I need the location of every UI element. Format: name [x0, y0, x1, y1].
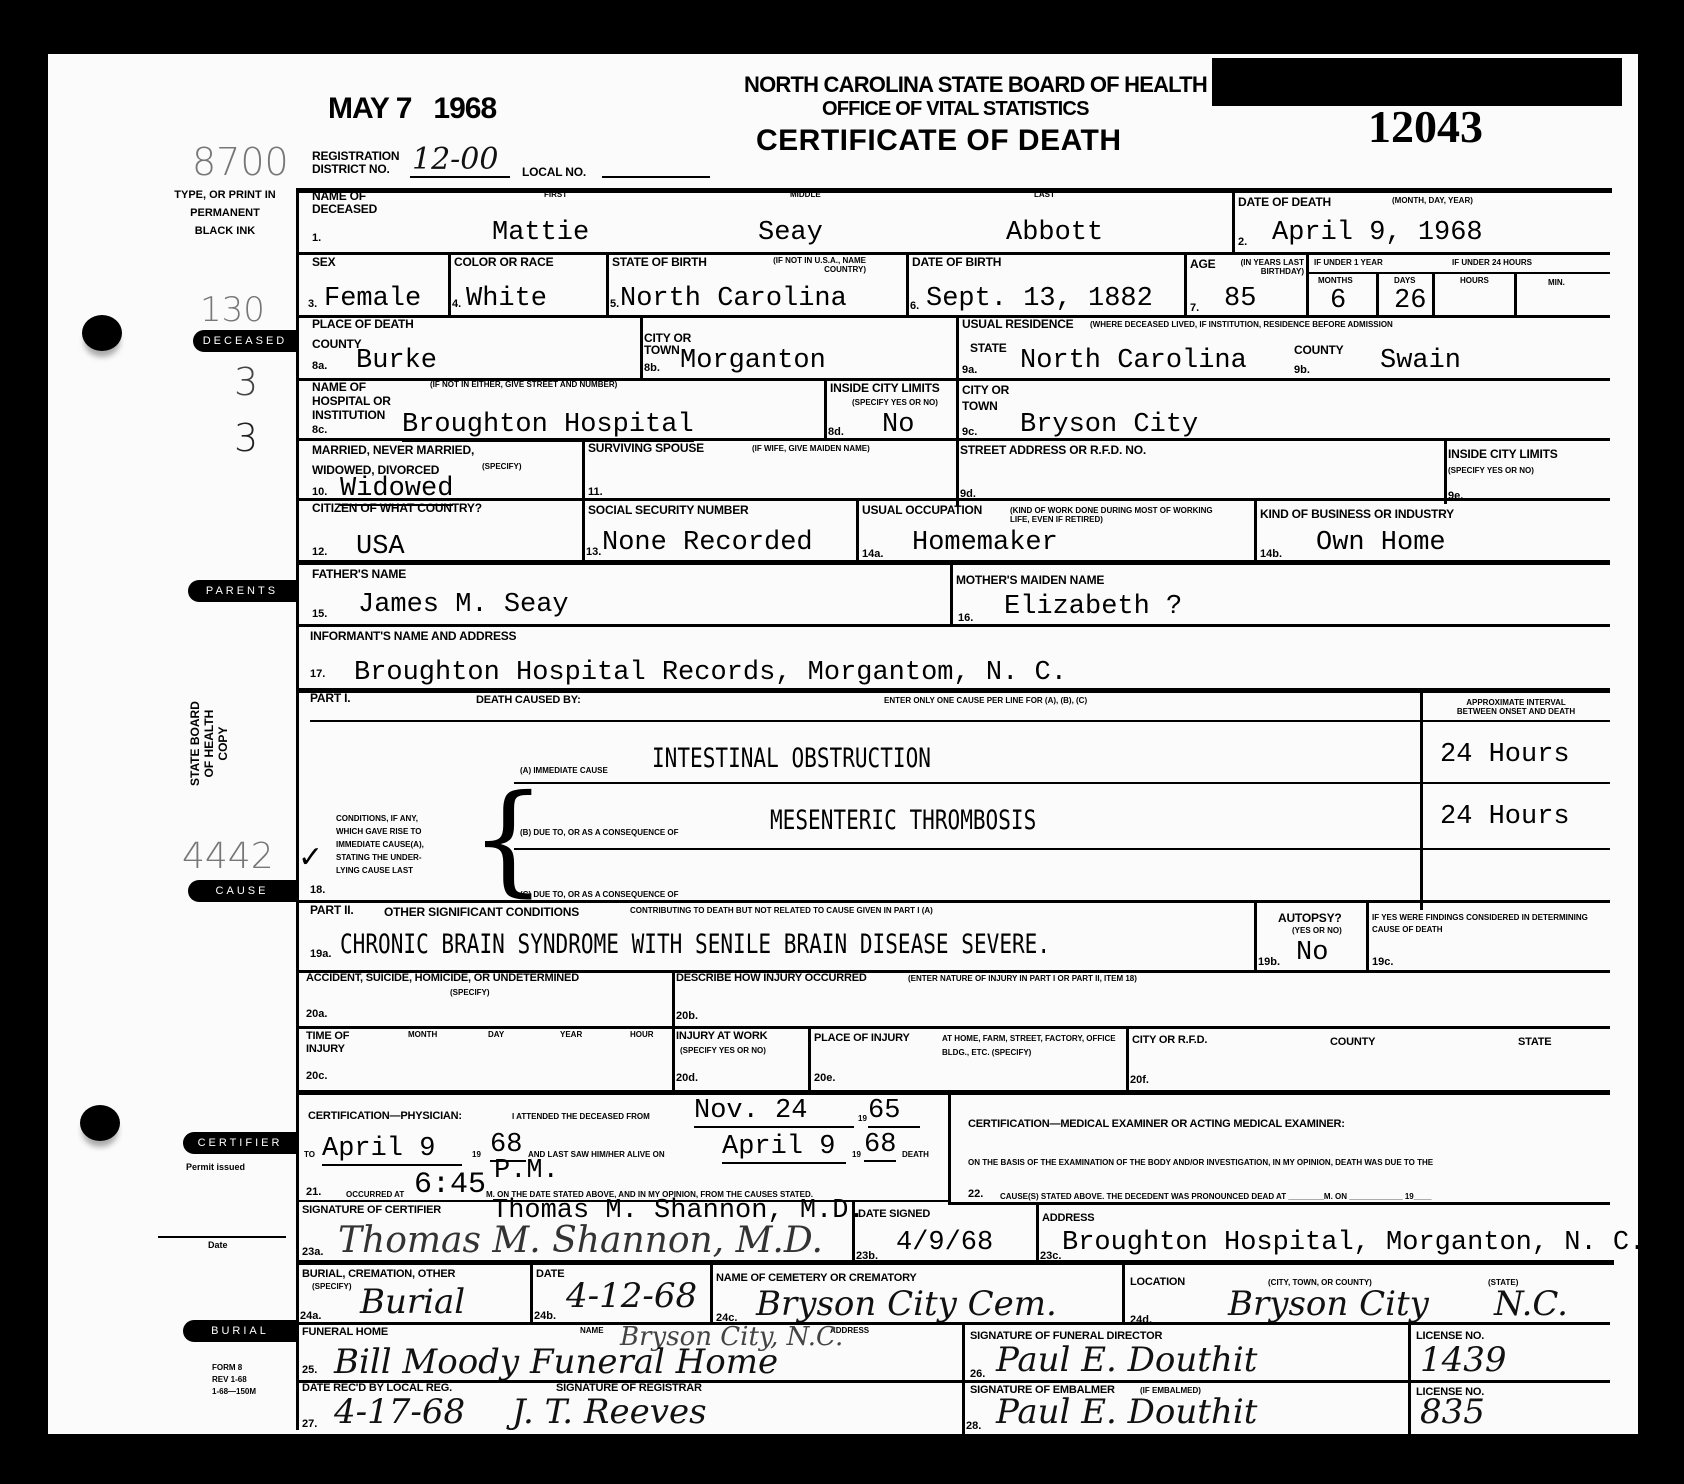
item-24a: 24a.	[300, 1310, 321, 1322]
inside-limits-hint: (SPECIFY YES OR NO)	[852, 398, 938, 407]
local-no-field[interactable]	[602, 176, 710, 178]
divider	[1122, 1262, 1125, 1322]
disposition-label: BURIAL, CREMATION, OTHER	[302, 1268, 455, 1281]
row-line	[296, 1322, 1610, 1325]
birth-state-label: STATE OF BIRTH	[612, 256, 707, 269]
item-14b: 14b.	[1260, 548, 1282, 560]
item-27: 27.	[302, 1418, 317, 1430]
birth-state-hint: (IF NOT IN U.S.A., NAME COUNTRY)	[736, 256, 866, 274]
director-signature[interactable]: Paul E. Douthit	[996, 1340, 1257, 1380]
row-line	[310, 720, 1610, 722]
year-prefix: 19	[472, 1150, 481, 1159]
form-info: FORM 8REV 1-681-68—150M	[212, 1362, 256, 1398]
item-2: 2.	[1238, 236, 1247, 248]
item-19b: 19b.	[1258, 956, 1280, 968]
other-conditions-label: OTHER SIGNIFICANT CONDITIONS	[384, 906, 579, 919]
agency-line-1: NORTH CAROLINA STATE BOARD OF HEALTH	[744, 72, 1207, 98]
item-19c: 19c.	[1372, 956, 1393, 968]
name-label: NAME OFDECEASED	[312, 190, 377, 216]
interval-a[interactable]: 24 Hours	[1440, 740, 1570, 770]
divider	[950, 562, 953, 624]
occupation[interactable]: Homemaker	[912, 528, 1058, 558]
row-line	[582, 498, 1610, 501]
item-17: 17.	[310, 668, 325, 680]
row-line	[296, 438, 1610, 441]
age-hint: (IN YEARS LAST BIRTHDAY)	[1220, 258, 1304, 276]
injury-hour-label: HOUR	[630, 1030, 654, 1039]
cause-c-prefix: (c) DUE TO, OR AS A CONSEQUENCE OF	[520, 890, 679, 899]
row-line	[1306, 272, 1610, 274]
divider	[824, 378, 827, 438]
divider	[856, 498, 859, 560]
part1-label: PART I.	[310, 692, 350, 705]
item-20f: 20f.	[1130, 1074, 1149, 1086]
item-14a: 14a.	[862, 548, 883, 560]
divider	[1306, 252, 1309, 316]
embalmer-signature[interactable]: Paul E. Douthit	[996, 1392, 1257, 1432]
time-of-injury-label: TIME OFINJURY	[306, 1030, 349, 1056]
item-4: 4.	[452, 298, 461, 310]
item-15: 15.	[312, 608, 327, 620]
divider	[906, 252, 909, 316]
brace-icon: {	[470, 780, 546, 900]
death-city[interactable]: Morganton	[680, 346, 826, 376]
res-inside-limits-hint: (SPECIFY YES OR NO)	[1448, 466, 1534, 475]
pencil-code-top: 8700	[192, 140, 289, 184]
res-city[interactable]: Bryson City	[1020, 410, 1198, 440]
permit-issued-label: Permit issued	[186, 1162, 245, 1172]
frame-top	[296, 188, 1612, 193]
marital-hint: (SPECIFY)	[482, 462, 522, 471]
death-caused-by-label: DEATH CAUSED BY:	[476, 694, 581, 707]
redaction-bar	[1212, 58, 1622, 106]
item-10: 10.	[312, 486, 327, 498]
pencil-mark-1: 3	[234, 360, 258, 404]
item-11: 11.	[588, 486, 603, 498]
cause-a[interactable]: INTESTINAL OBSTRUCTION	[652, 744, 931, 774]
item-9a: 9a.	[962, 364, 977, 376]
occupation-label: USUAL OCCUPATION	[862, 504, 982, 517]
tab-cause[interactable]: CAUSE	[188, 880, 296, 902]
last-name[interactable]: Abbott	[1006, 218, 1103, 248]
local-no-label: LOCAL NO.	[522, 166, 586, 179]
item-9c: 9c.	[962, 426, 977, 438]
res-state-label: STATE	[970, 342, 1007, 355]
me-cert-label: CERTIFICATION—MEDICAL EXAMINER OR ACTING…	[968, 1118, 1345, 1131]
part2-label: PART II.	[310, 904, 354, 917]
res-county[interactable]: Swain	[1380, 346, 1461, 376]
me-text-1: ON THE BASIS OF THE EXAMINATION OF THE B…	[968, 1158, 1433, 1167]
year-prefix: 19	[852, 1150, 861, 1159]
dob-label: DATE OF BIRTH	[912, 256, 1001, 269]
other-conditions[interactable]: CHRONIC BRAIN SYNDROME WITH SENILE BRAIN…	[340, 930, 1050, 960]
injury-at-work-hint: (SPECIFY YES OR NO)	[680, 1046, 766, 1055]
item-20b: 20b.	[676, 1010, 698, 1022]
mother-label: MOTHER'S MAIDEN NAME	[956, 574, 1104, 587]
cause-b-prefix: (b) DUE TO, OR AS A CONSEQUENCE OF	[520, 828, 679, 837]
death-county[interactable]: Burke	[356, 346, 437, 376]
attended-from-year[interactable]: 65	[868, 1096, 920, 1128]
under-24-label: IF UNDER 24 HOURS	[1452, 258, 1532, 267]
row-line	[296, 688, 1610, 693]
divider	[1408, 1322, 1411, 1434]
item-25: 25.	[302, 1364, 317, 1376]
divider	[1432, 272, 1435, 316]
burial-date-label: DATE	[536, 1268, 564, 1281]
divider	[1376, 272, 1379, 316]
spouse-hint: (IF WIFE, GIVE MAIDEN NAME)	[752, 444, 870, 453]
cemetery[interactable]: Bryson City Cem.	[756, 1284, 1057, 1324]
autopsy-hint: (YES OR NO)	[1292, 926, 1342, 935]
divider	[852, 1202, 855, 1260]
occurred-text: OCCURRED AT	[346, 1190, 404, 1199]
pencil-code-deceased: 130	[200, 290, 265, 330]
interval-b[interactable]: 24 Hours	[1440, 802, 1570, 832]
last-saw-year[interactable]: 68	[864, 1130, 896, 1162]
divider	[606, 252, 609, 316]
divider	[1514, 272, 1517, 316]
disposition[interactable]: Burial	[360, 1282, 465, 1322]
injury-day-label: DAY	[488, 1030, 504, 1039]
divider	[808, 1026, 811, 1090]
item-23a: 23a.	[302, 1246, 323, 1258]
hours-label: HOURS	[1460, 276, 1489, 285]
item-18: 18.	[310, 884, 325, 896]
to-label: TO	[304, 1150, 315, 1159]
under-1-label: IF UNDER 1 YEAR	[1314, 258, 1383, 267]
row-line	[296, 1260, 1614, 1265]
divider	[1444, 438, 1447, 504]
father-name[interactable]: James M. Seay	[358, 590, 569, 620]
item-16: 16.	[958, 612, 973, 624]
date-of-birth[interactable]: Sept. 13, 1882	[926, 284, 1153, 314]
conditions-note: CONDITIONS, IF ANY,WHICH GAVE RISE TOIMM…	[336, 812, 424, 877]
pencil-code-cause: 4442	[182, 836, 274, 877]
age[interactable]: 85	[1224, 284, 1256, 314]
other-conditions-hint: CONTRIBUTING TO DEATH BUT NOT RELATED TO…	[630, 906, 933, 915]
race-label: COLOR OR RACE	[454, 256, 553, 269]
divider	[948, 1092, 951, 1204]
days-label: DAYS	[1394, 276, 1416, 285]
divider	[1126, 1026, 1129, 1090]
received-date[interactable]: 4-17-68	[334, 1392, 465, 1432]
tab-burial[interactable]: BURIAL	[183, 1320, 297, 1342]
row-line	[514, 848, 1610, 850]
last-saw[interactable]: April 9	[722, 1132, 846, 1164]
min-label: MIN.	[1548, 278, 1565, 287]
pencil-mark-2: 3	[234, 416, 258, 460]
row-line	[296, 624, 1610, 627]
citizen-label: CITIZEN OF WHAT COUNTRY?	[312, 502, 482, 515]
date-of-death-hint: (MONTH, DAY, YEAR)	[1392, 196, 1473, 205]
business[interactable]: Own Home	[1316, 528, 1446, 558]
injury-at-work-label: INJURY AT WORK	[676, 1030, 767, 1043]
item-8c: 8c.	[312, 424, 327, 436]
registration-underline	[410, 176, 510, 178]
registration-label: REGISTRATION DISTRICT NO.	[312, 150, 399, 176]
attended-text: I ATTENDED THE DECEASED FROM	[512, 1112, 650, 1121]
injury-desc-label: DESCRIBE HOW INJURY OCCURRED	[676, 972, 867, 985]
informant-label: INFORMANT'S NAME AND ADDRESS	[310, 630, 516, 643]
death-word: DEATH	[902, 1150, 929, 1159]
father-label: FATHER'S NAME	[312, 568, 406, 581]
inside-limits-label: INSIDE CITY LIMITS	[830, 382, 940, 395]
row-line	[296, 1380, 1610, 1383]
hospital-label: NAME OFHOSPITAL ORINSTITUTION	[312, 380, 391, 422]
birth-state[interactable]: North Carolina	[620, 284, 847, 314]
certificate-number: 12043	[1368, 100, 1483, 153]
physician-cert-label: CERTIFICATION—PHYSICIAN:	[308, 1110, 462, 1123]
sex[interactable]: Female	[324, 284, 421, 314]
item-9b: 9b.	[1294, 364, 1310, 376]
middle-name[interactable]: Seay	[758, 218, 823, 248]
divider	[1366, 902, 1369, 972]
item-21: 21.	[306, 1186, 321, 1198]
months[interactable]: 6	[1330, 286, 1346, 316]
agency-line-2: OFFICE OF VITAL STATISTICS	[822, 98, 1089, 121]
spouse-label: SURVIVING SPOUSE	[588, 442, 704, 455]
margin-instruction: TYPE, OR PRINT IN PERMANENT BLACK INK	[160, 186, 290, 240]
time-of-death[interactable]: 6:45	[414, 1170, 486, 1200]
informant[interactable]: Broughton Hospital Records, Morgantom, N…	[354, 658, 1067, 690]
item-12: 12.	[312, 546, 327, 558]
hospital-hint: (IF NOT IN EITHER, GIVE STREET AND NUMBE…	[430, 380, 617, 389]
item-13: 13.	[586, 546, 601, 558]
form-title: CERTIFICATE OF DEATH	[756, 124, 1122, 158]
divider	[962, 1322, 965, 1434]
me-text-2: CAUSE(S) STATED ABOVE. THE DECEDENT WAS …	[1000, 1192, 1432, 1201]
ssn[interactable]: None Recorded	[602, 528, 813, 558]
funeral-home-label: FUNERAL HOME	[302, 1326, 388, 1339]
item-6: 6.	[910, 300, 919, 312]
months-label: MONTHS	[1318, 276, 1353, 285]
divider	[710, 1262, 713, 1322]
item-26: 26.	[970, 1368, 985, 1380]
res-state[interactable]: North Carolina	[1020, 346, 1247, 376]
date-signed[interactable]: 4/9/68	[896, 1228, 993, 1258]
injury-desc-hint: (ENTER NATURE OF INJURY IN PART I OR PAR…	[908, 974, 1137, 983]
divider	[1420, 690, 1423, 910]
permit-date-line[interactable]	[158, 1236, 286, 1238]
funeral-home[interactable]: Bill Moody Funeral Home	[334, 1342, 778, 1382]
registration-district[interactable]: 12-00	[412, 142, 498, 177]
year-prefix: 19	[858, 1114, 867, 1123]
divider	[672, 970, 675, 1090]
registrar-signature[interactable]: J. T. Reeves	[512, 1392, 707, 1432]
item-20e: 20e.	[814, 1072, 835, 1084]
item-8b: 8b.	[644, 362, 660, 374]
death-county-label: COUNTY	[312, 338, 361, 351]
permit-date-label: Date	[208, 1240, 228, 1250]
res-city-label: CITY ORTOWN	[962, 382, 1009, 414]
divider	[1254, 498, 1257, 560]
divider	[1184, 252, 1187, 316]
divider	[1036, 1202, 1039, 1260]
item-8d: 8d.	[828, 426, 844, 438]
tab-deceased[interactable]: DECEASED	[193, 330, 297, 352]
business-label: KIND OF BUSINESS OR INDUSTRY	[1260, 508, 1454, 521]
certifier-signature[interactable]: Thomas M. Shannon, M.D.	[338, 1220, 823, 1261]
certifier-address[interactable]: Broughton Hospital, Morganton, N. C.	[1062, 1228, 1645, 1258]
divider	[448, 252, 451, 316]
race[interactable]: White	[466, 284, 547, 314]
location-label: LOCATION	[1130, 1276, 1185, 1289]
location-state[interactable]: N.C.	[1494, 1284, 1568, 1324]
autopsy-label: AUTOPSY?	[1278, 912, 1342, 925]
item-5: 5.	[610, 298, 619, 310]
street-label: STREET ADDRESS OR R.F.D. No.	[960, 444, 1146, 457]
attended-from[interactable]: Nov. 24	[694, 1096, 854, 1128]
item-20a: 20a.	[306, 1008, 327, 1020]
item-24b: 24b.	[534, 1310, 556, 1322]
date-of-death-label: DATE OF DEATH	[1238, 196, 1331, 209]
findings-label: IF YES WERE FINDINGS CONSIDERED IN DETER…	[1372, 912, 1602, 936]
row-line	[296, 1090, 1610, 1095]
divider	[640, 316, 643, 378]
occupation-hint: (KIND OF WORK DONE DURING MOST OF WORKIN…	[1010, 506, 1220, 524]
item-20d: 20d.	[676, 1072, 698, 1084]
punch-hole-top	[82, 315, 122, 351]
row-line	[514, 782, 1610, 784]
checkmark-icon: ✓	[298, 840, 323, 875]
address-label: ADDRESS	[1042, 1212, 1094, 1225]
inside-limits[interactable]: No	[882, 410, 914, 440]
res-inside-limits-label: INSIDE CITY LIMITS	[1448, 448, 1558, 461]
first-label: FIRST	[544, 190, 567, 199]
cause-b[interactable]: MESENTERIC THROMBOSIS	[770, 806, 1036, 836]
item-22: 22.	[968, 1188, 983, 1200]
last-label: LAST	[1034, 190, 1055, 199]
sex-label: SEX	[312, 256, 335, 269]
divider	[956, 316, 959, 506]
usual-residence-hint: (WHERE DECEASED LIVED, IF INSTITUTION, R…	[1090, 320, 1393, 329]
row-line	[296, 560, 1610, 565]
burial-date[interactable]: 4-12-68	[566, 1276, 697, 1316]
first-name[interactable]: Mattie	[492, 218, 589, 248]
funeral-home-name-label: NAME	[580, 1326, 604, 1335]
place-of-death-label: PLACE OF DEATH	[312, 318, 414, 331]
signature-label: SIGNATURE OF CERTIFIER	[302, 1204, 441, 1217]
injury-city-label: CITY OR R.F.D.	[1132, 1034, 1207, 1047]
place-of-injury-label: PLACE OF INJURY	[814, 1032, 910, 1045]
location-city[interactable]: Bryson City	[1228, 1284, 1429, 1324]
mother-name[interactable]: Elizabeth ?	[1004, 592, 1182, 622]
one-cause-note: ENTER ONLY ONE CAUSE PER LINE FOR (a), (…	[884, 696, 1087, 705]
age-label: AGE	[1190, 258, 1215, 271]
row-line	[296, 315, 1610, 318]
row-line	[948, 1202, 1610, 1205]
injury-state-label: STATE	[1518, 1036, 1551, 1049]
filed-date-stamp: MAY 7 1968	[328, 92, 496, 126]
citizen[interactable]: USA	[356, 532, 405, 562]
attended-to[interactable]: April 9	[322, 1134, 462, 1166]
usual-residence-label: USUAL RESIDENCE	[962, 318, 1073, 331]
time-ampm[interactable]: P.M.	[494, 1156, 559, 1186]
ssn-label: SOCIAL SECURITY NUMBER	[588, 504, 749, 517]
res-county-label: COUNTY	[1294, 344, 1343, 357]
director-license[interactable]: 1439	[1420, 1340, 1507, 1380]
manner-hint: (SPECIFY)	[450, 988, 490, 997]
row-line	[296, 900, 1610, 903]
middle-label: MIDDLE	[790, 190, 821, 199]
tab-parents[interactable]: PARENTS	[188, 580, 296, 602]
autopsy[interactable]: No	[1296, 938, 1328, 968]
date-signed-label: DATE SIGNED	[858, 1208, 930, 1221]
place-of-injury-hint: AT HOME, FARM, STREET, FACTORY, OFFICE B…	[942, 1032, 1122, 1060]
row-line	[296, 1026, 1610, 1029]
interval-label: APPROXIMATE INTERVALBETWEEN ONSET AND DE…	[1430, 698, 1602, 716]
tab-certifier[interactable]: CERTIFIER	[183, 1132, 297, 1154]
divider	[1254, 902, 1257, 972]
injury-year-label: YEAR	[560, 1030, 582, 1039]
item-19a: 19a.	[310, 948, 331, 960]
embalmer-license[interactable]: 835	[1420, 1392, 1485, 1432]
disposition-hint: (SPECIFY)	[312, 1282, 352, 1291]
item-8a: 8a.	[312, 360, 327, 372]
date-of-death[interactable]: April 9, 1968	[1272, 218, 1483, 248]
item-20c: 20c.	[306, 1070, 327, 1082]
injury-month-label: MONTH	[408, 1030, 437, 1039]
divider	[1232, 190, 1235, 252]
manner-label: ACCIDENT, SUICIDE, HOMICIDE, OR UNDETERM…	[306, 972, 579, 985]
punch-hole-bottom	[80, 1105, 120, 1141]
divider	[530, 1262, 533, 1322]
injury-county-label: COUNTY	[1330, 1036, 1375, 1049]
item-28: 28.	[966, 1420, 981, 1432]
days[interactable]: 26	[1394, 286, 1426, 316]
item-1: 1.	[312, 232, 321, 244]
frame-left	[296, 190, 299, 1430]
item-7: 7.	[1190, 302, 1199, 314]
item-3: 3.	[308, 298, 317, 310]
